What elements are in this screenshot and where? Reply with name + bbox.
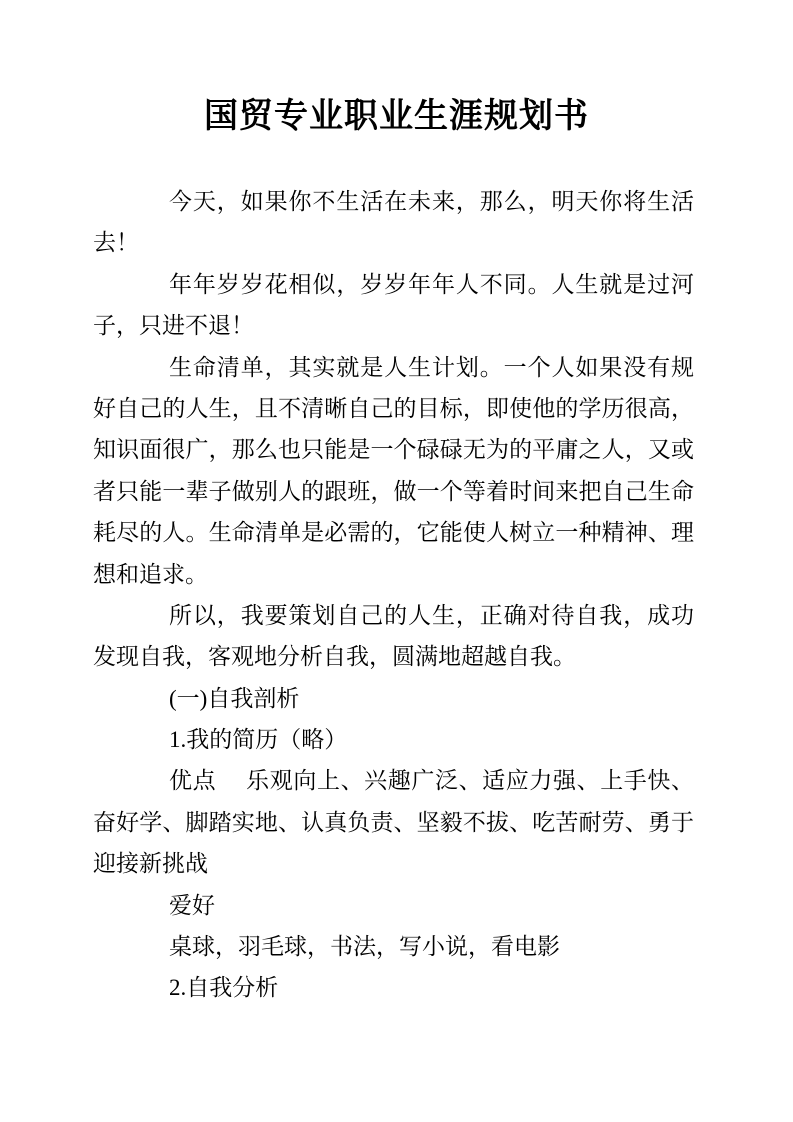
- text-line: 去！: [93, 222, 694, 263]
- text-line: 2.自我分析: [93, 967, 694, 1008]
- document-body: 今天，如果你不生活在未来，那么，明天你将生活在过去！年年岁岁花相似，岁岁年年人不…: [93, 181, 694, 1009]
- text-line: 1.我的简历（略）: [93, 719, 694, 760]
- para-strengths: 优点 乐观向上、兴趣广泛、适应力强、上手快、勤奋好学、脚踏实地、认真负责、坚毅不…: [93, 760, 694, 884]
- para-intro-years: 年年岁岁花相似，岁岁年年人不同。人生就是过河卒子，只进不退！: [93, 264, 694, 347]
- text-line: 子，只进不退！: [93, 305, 694, 346]
- document-title: 国贸专业职业生涯规划书: [0, 95, 793, 139]
- para-intro-today: 今天，如果你不生活在未来，那么，明天你将生活在过去！: [93, 181, 694, 264]
- para-life-list: 生命清单，其实就是人生计划。一个人如果没有规划好自己的人生，且不清晰自己的目标，…: [93, 347, 694, 595]
- text-line: 奋好学、脚踏实地、认真负责、坚毅不拔、吃苦耐劳、勇于: [93, 802, 694, 843]
- text-line: 所以，我要策划自己的人生，正确对待自我，成功地: [93, 595, 694, 636]
- para-hobbies-list: 桌球，羽毛球，书法，写小说，看电影: [93, 926, 694, 967]
- text-line: 桌球，羽毛球，书法，写小说，看电影: [93, 926, 694, 967]
- text-line: 今天，如果你不生活在未来，那么，明天你将生活在过: [93, 181, 694, 222]
- text-line: 知识面很广，那么也只能是一个碌碌无为的平庸之人，又或: [93, 429, 694, 470]
- item-resume: 1.我的简历（略）: [93, 719, 694, 760]
- document-page: 国贸专业职业生涯规划书 今天，如果你不生活在未来，那么，明天你将生活在过去！年年…: [0, 0, 793, 1122]
- text-line: 迎接新挑战: [93, 843, 694, 884]
- text-line: 想和追求。: [93, 554, 694, 595]
- label-hobbies: 爱好: [93, 885, 694, 926]
- text-line: 者只能一辈子做别人的跟班，做一个等着时间来把自己生命: [93, 471, 694, 512]
- para-plan-self: 所以，我要策划自己的人生，正确对待自我，成功地发现自我，客观地分析自我，圆满地超…: [93, 595, 694, 678]
- item-self-analysis: 2.自我分析: [93, 967, 694, 1008]
- text-line: 生命清单，其实就是人生计划。一个人如果没有规划: [93, 347, 694, 388]
- text-line: 好自己的人生，且不清晰自己的目标，即使他的学历很高，: [93, 388, 694, 429]
- text-line: 年年岁岁花相似，岁岁年年人不同。人生就是过河卒: [93, 264, 694, 305]
- text-line: 耗尽的人。生命清单是必需的，它能使人树立一种精神、理: [93, 512, 694, 553]
- text-line: 优点 乐观向上、兴趣广泛、适应力强、上手快、勤: [93, 760, 694, 801]
- heading-self-dissection: (一)自我剖析: [93, 678, 694, 719]
- text-line: 发现自我，客观地分析自我，圆满地超越自我。: [93, 636, 694, 677]
- text-line: (一)自我剖析: [93, 678, 694, 719]
- text-line: 爱好: [93, 885, 694, 926]
